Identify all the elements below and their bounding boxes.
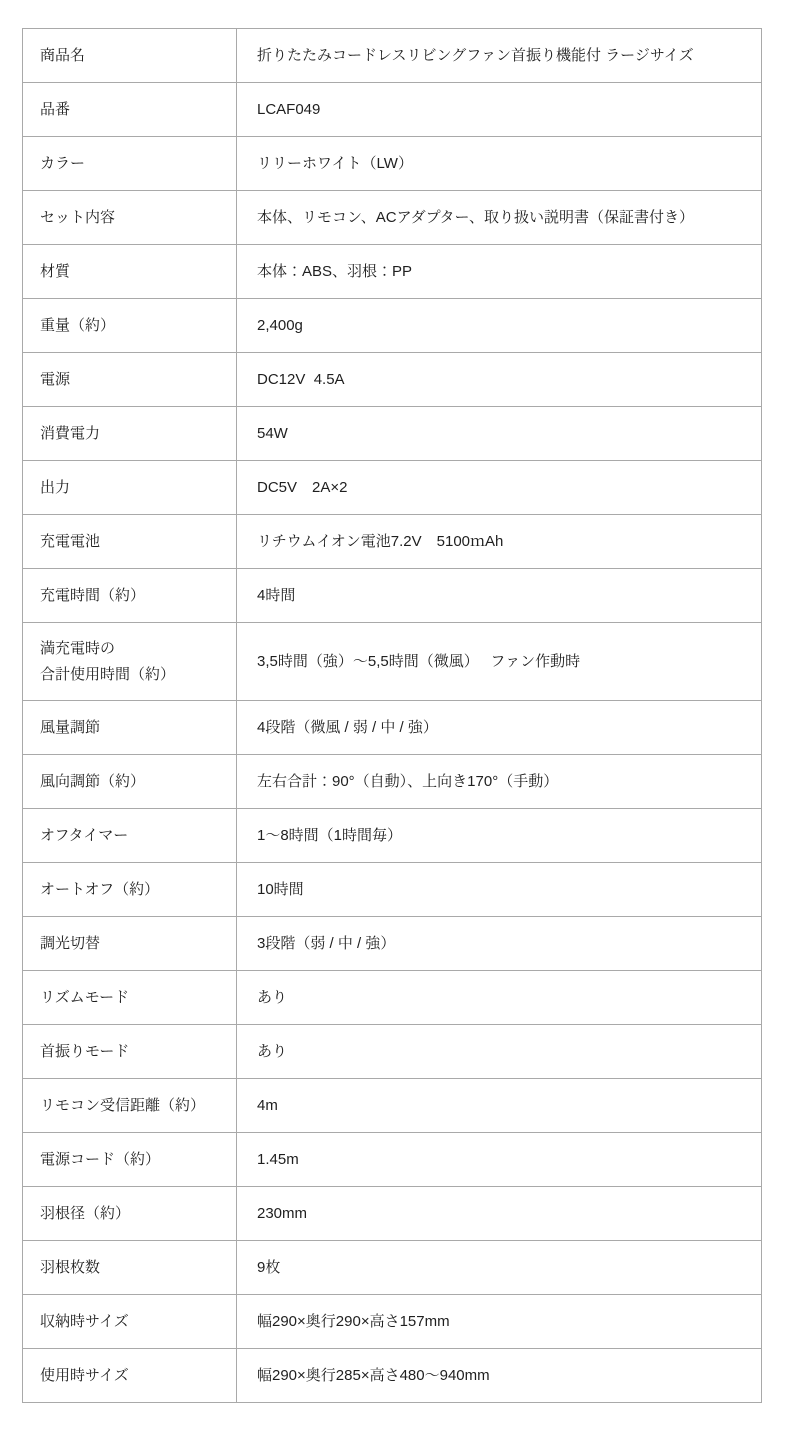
spec-value: 4時間 bbox=[237, 569, 762, 623]
spec-row: 電源コード（約） 1.45m bbox=[23, 1133, 762, 1187]
spec-label: オートオフ（約） bbox=[23, 863, 237, 917]
spec-value: リリーホワイト（LW） bbox=[237, 137, 762, 191]
spec-value: 幅290×奥行285×高さ480〜940mm bbox=[237, 1349, 762, 1403]
spec-label: 電源 bbox=[23, 353, 237, 407]
spec-label: 充電時間（約） bbox=[23, 569, 237, 623]
spec-value: 本体：ABS、羽根：PP bbox=[237, 245, 762, 299]
spec-value: 本体、リモコン、ACアダプター、取り扱い説明書（保証書付き） bbox=[237, 191, 762, 245]
spec-row: 使用時サイズ 幅290×奥行285×高さ480〜940mm bbox=[23, 1349, 762, 1403]
spec-row: オフタイマー 1〜8時間（1時間毎） bbox=[23, 809, 762, 863]
spec-row: 羽根径（約） 230mm bbox=[23, 1187, 762, 1241]
spec-label: カラー bbox=[23, 137, 237, 191]
spec-label: リモコン受信距離（約） bbox=[23, 1079, 237, 1133]
spec-row: 電源 DC12V 4.5A bbox=[23, 353, 762, 407]
spec-label: 風量調節 bbox=[23, 701, 237, 755]
spec-value: 4m bbox=[237, 1079, 762, 1133]
spec-row: セット内容 本体、リモコン、ACアダプター、取り扱い説明書（保証書付き） bbox=[23, 191, 762, 245]
product-spec-page: 商品名 折りたたみコードレスリビングファン首振り機能付 ラージサイズ 品番 LC… bbox=[0, 0, 800, 1436]
spec-row: リモコン受信距離（約） 4m bbox=[23, 1079, 762, 1133]
spec-row: 風量調節 4段階（微風 / 弱 / 中 / 強） bbox=[23, 701, 762, 755]
spec-row: 出力 DC5V 2A×2 bbox=[23, 461, 762, 515]
spec-value: 幅290×奥行290×高さ157mm bbox=[237, 1295, 762, 1349]
spec-value: 1.45m bbox=[237, 1133, 762, 1187]
spec-row: 品番 LCAF049 bbox=[23, 83, 762, 137]
spec-row: 満充電時の 合計使用時間（約） 3,5時間（強）〜5,5時間（微風） ファン作動… bbox=[23, 623, 762, 701]
spec-label: 収納時サイズ bbox=[23, 1295, 237, 1349]
spec-row: 消費電力 54W bbox=[23, 407, 762, 461]
spec-label: 調光切替 bbox=[23, 917, 237, 971]
spec-value: 左右合計：90°（自動）、上向き170°（手動） bbox=[237, 755, 762, 809]
spec-value: LCAF049 bbox=[237, 83, 762, 137]
spec-row: 充電時間（約） 4時間 bbox=[23, 569, 762, 623]
spec-value: DC12V 4.5A bbox=[237, 353, 762, 407]
spec-label: 首振りモード bbox=[23, 1025, 237, 1079]
spec-label: 羽根径（約） bbox=[23, 1187, 237, 1241]
spec-value: 折りたたみコードレスリビングファン首振り機能付 ラージサイズ bbox=[237, 29, 762, 83]
spec-label: セット内容 bbox=[23, 191, 237, 245]
spec-row: 収納時サイズ 幅290×奥行290×高さ157mm bbox=[23, 1295, 762, 1349]
spec-value: 230mm bbox=[237, 1187, 762, 1241]
spec-row: カラー リリーホワイト（LW） bbox=[23, 137, 762, 191]
spec-value: あり bbox=[237, 971, 762, 1025]
spec-row: 首振りモード あり bbox=[23, 1025, 762, 1079]
spec-label: 商品名 bbox=[23, 29, 237, 83]
spec-label: 重量（約） bbox=[23, 299, 237, 353]
spec-row: 材質 本体：ABS、羽根：PP bbox=[23, 245, 762, 299]
spec-value: 4段階（微風 / 弱 / 中 / 強） bbox=[237, 701, 762, 755]
spec-value: 9枚 bbox=[237, 1241, 762, 1295]
spec-label: 使用時サイズ bbox=[23, 1349, 237, 1403]
spec-row: 風向調節（約） 左右合計：90°（自動）、上向き170°（手動） bbox=[23, 755, 762, 809]
spec-label: 消費電力 bbox=[23, 407, 237, 461]
spec-table-body: 商品名 折りたたみコードレスリビングファン首振り機能付 ラージサイズ 品番 LC… bbox=[23, 29, 762, 1403]
spec-label: 風向調節（約） bbox=[23, 755, 237, 809]
spec-row: 調光切替 3段階（弱 / 中 / 強） bbox=[23, 917, 762, 971]
spec-label: 充電電池 bbox=[23, 515, 237, 569]
spec-label: 出力 bbox=[23, 461, 237, 515]
spec-value: 1〜8時間（1時間毎） bbox=[237, 809, 762, 863]
spec-value: 10時間 bbox=[237, 863, 762, 917]
spec-row: リズムモード あり bbox=[23, 971, 762, 1025]
spec-label: 電源コード（約） bbox=[23, 1133, 237, 1187]
spec-value: 54W bbox=[237, 407, 762, 461]
spec-value: 3,5時間（強）〜5,5時間（微風） ファン作動時 bbox=[237, 623, 762, 701]
spec-value: 3段階（弱 / 中 / 強） bbox=[237, 917, 762, 971]
spec-row: 重量（約） 2,400g bbox=[23, 299, 762, 353]
spec-table: 商品名 折りたたみコードレスリビングファン首振り機能付 ラージサイズ 品番 LC… bbox=[22, 28, 762, 1403]
spec-label: 材質 bbox=[23, 245, 237, 299]
spec-label: 満充電時の 合計使用時間（約） bbox=[23, 623, 237, 701]
spec-row: オートオフ（約） 10時間 bbox=[23, 863, 762, 917]
spec-label: リズムモード bbox=[23, 971, 237, 1025]
spec-value: 2,400g bbox=[237, 299, 762, 353]
spec-row: 羽根枚数 9枚 bbox=[23, 1241, 762, 1295]
spec-label: 品番 bbox=[23, 83, 237, 137]
spec-label: 羽根枚数 bbox=[23, 1241, 237, 1295]
spec-label: オフタイマー bbox=[23, 809, 237, 863]
spec-row: 商品名 折りたたみコードレスリビングファン首振り機能付 ラージサイズ bbox=[23, 29, 762, 83]
spec-row: 充電電池 リチウムイオン電池7.2V 5100ｍAh bbox=[23, 515, 762, 569]
spec-value: DC5V 2A×2 bbox=[237, 461, 762, 515]
spec-value: リチウムイオン電池7.2V 5100ｍAh bbox=[237, 515, 762, 569]
spec-value: あり bbox=[237, 1025, 762, 1079]
